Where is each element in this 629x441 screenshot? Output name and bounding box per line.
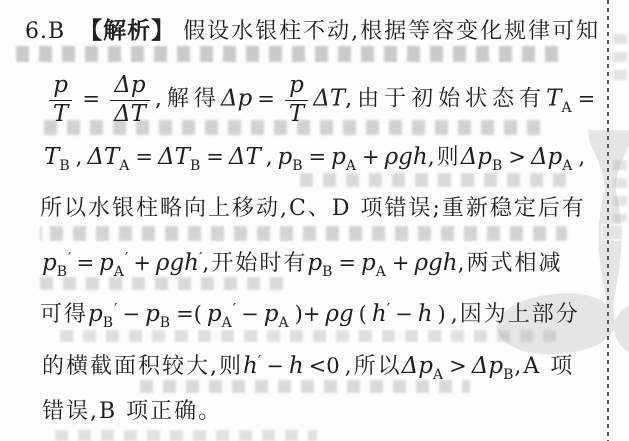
math-op: −: [266, 354, 284, 378]
math-op: ,: [266, 145, 273, 169]
math-variable: Δp: [531, 144, 562, 170]
math-op: )+: [295, 302, 321, 326]
math-subscript: B: [503, 367, 513, 383]
math-op: +: [133, 251, 151, 275]
math-prime: ′: [233, 300, 236, 318]
math-prime: ′: [258, 352, 261, 370]
math-op: =(: [176, 302, 202, 326]
text-run: ,开始时有: [202, 251, 307, 276]
math-subscript: A: [562, 100, 572, 116]
math-subscript: B: [322, 264, 332, 280]
math-variable: p: [88, 301, 103, 327]
math-op: =: [578, 87, 596, 111]
math-subscript: B: [190, 158, 200, 174]
math-op: =: [82, 87, 100, 111]
math-subscript: A: [376, 264, 386, 280]
math-variable: ρgh: [385, 144, 428, 170]
math-subscript: B: [160, 315, 170, 331]
text-run: 假设水银柱不动,根据等容变化规律可知: [183, 19, 600, 44]
solution-line: pT=ΔpΔT,解得Δp=pTΔT,由于初始状态有TA=: [44, 72, 600, 128]
math-variable: ΔT: [313, 86, 345, 112]
math-variable: T: [546, 86, 561, 112]
solution-line: 6.B【解析】假设水银柱不动,根据等容变化规律可知: [25, 16, 600, 48]
math-prime: ′: [68, 249, 71, 267]
math-variable: h: [243, 353, 258, 379]
text-run: ,A 项: [514, 354, 574, 379]
math-variable: T: [53, 101, 68, 127]
math-op: <0: [309, 354, 340, 378]
math-variable: ρgh: [156, 250, 199, 276]
math-subscript: B: [57, 264, 67, 280]
math-variable: p: [361, 250, 376, 276]
math-subscript: B: [292, 158, 302, 174]
math-op: +: [362, 145, 380, 169]
math-variable: p: [53, 72, 68, 98]
math-subscript: A: [562, 158, 572, 174]
math-subscript: A: [433, 367, 443, 383]
text-run: ,两式相减: [458, 251, 563, 276]
analysis-tag: 【解析】: [79, 17, 175, 44]
math-variable: Δp: [114, 72, 145, 98]
math-variable: p: [264, 301, 279, 327]
math-op: −: [241, 302, 259, 326]
math-prime: ′: [387, 300, 390, 318]
math-op: ,: [578, 145, 585, 169]
math-prime: ′: [125, 249, 128, 267]
math-subscript: A: [114, 264, 124, 280]
solution-line: TB,ΔTA=ΔTB=ΔT,pB=pA+ρgh,则ΔpB>ΔpA,: [44, 142, 590, 181]
solution-line: pB′=pA′+ρgh′,开始时有pB=pA+ρgh,两式相减: [42, 243, 563, 287]
math-variable: ρgh: [415, 250, 458, 276]
math-op: (: [359, 302, 367, 326]
fraction-numerator: Δp: [110, 72, 150, 100]
math-op: =: [257, 87, 275, 111]
math-variable: p: [289, 72, 304, 98]
math-subscript: A: [279, 315, 289, 331]
math-variable: h: [418, 301, 433, 327]
math-prime: ′: [114, 300, 117, 318]
math-variable: ρg: [325, 301, 353, 327]
math-subscript: B: [59, 158, 69, 174]
math-op: >: [449, 354, 467, 378]
math-op: +: [392, 251, 410, 275]
math-fraction: pT: [49, 72, 72, 128]
scanned-answer-page: 6.B【解析】假设水银柱不动,根据等容变化规律可知pT=ΔpΔT,解得Δp=pT…: [0, 0, 629, 441]
text-run: 所以水银柱略向上移动,C、D 项错误;重新稳定后有: [40, 196, 586, 221]
math-subscript: A: [346, 158, 356, 174]
text-run: ,则: [428, 145, 461, 170]
math-variable: Δp: [472, 353, 503, 379]
solution-text: 6.B【解析】假设水银柱不动,根据等容变化规律可知pT=ΔpΔT,解得Δp=pT…: [0, 0, 629, 441]
math-fraction: pT: [285, 72, 308, 128]
math-variable: ΔT: [87, 144, 119, 170]
math-variable: T: [44, 144, 59, 170]
math-variable: T: [289, 101, 304, 127]
math-variable: h: [372, 301, 387, 327]
math-variable: h: [289, 353, 304, 379]
math-subscript: B: [103, 315, 113, 331]
math-variable: p: [207, 301, 222, 327]
fraction-denominator: T: [285, 100, 308, 129]
text-run: 的横截面积较大,则: [42, 354, 243, 379]
math-op: −: [122, 302, 140, 326]
math-op: =: [309, 145, 327, 169]
math-op: =: [206, 145, 224, 169]
solution-line: 错误,B 项正确。: [42, 397, 222, 428]
solution-line: 可得pB′−pB=(pA′−pA)+ρg(h′−h),因为上部分: [40, 294, 580, 338]
math-subscript: A: [119, 158, 129, 174]
text-run: ,所以: [345, 354, 402, 379]
text-run: 可得: [40, 302, 88, 327]
question-number: 6.B: [25, 19, 65, 44]
math-fraction: ΔpΔT: [110, 72, 150, 128]
math-op: >: [508, 145, 526, 169]
text-run: ,由于初始状态有: [345, 87, 546, 112]
math-variable: p: [42, 250, 57, 276]
math-variable: p: [99, 250, 114, 276]
text-run: ,因为上部分: [451, 302, 580, 327]
math-subscript: B: [492, 158, 502, 174]
math-op: ,: [76, 145, 83, 169]
math-variable: Δp: [221, 86, 252, 112]
math-variable: ΔT: [158, 144, 190, 170]
fraction-numerator: p: [49, 72, 72, 100]
fraction-numerator: p: [285, 72, 308, 100]
math-variable: p: [278, 144, 293, 170]
math-op: ): [438, 302, 446, 326]
text-run: 错误,B 项正确。: [42, 399, 222, 424]
fraction-denominator: ΔT: [110, 100, 150, 129]
math-variable: Δp: [461, 144, 492, 170]
math-variable: p: [145, 301, 160, 327]
math-variable: p: [307, 250, 322, 276]
math-op: −: [395, 302, 413, 326]
math-op: =: [135, 145, 153, 169]
math-variable: p: [331, 144, 346, 170]
solution-line: 的横截面积较大,则h′−h<0,所以ΔpA>ΔpB,A 项: [42, 346, 574, 390]
math-op: =: [338, 251, 356, 275]
fraction-denominator: T: [49, 100, 72, 129]
text-run: ,解得: [155, 87, 221, 112]
math-variable: ΔT: [114, 101, 146, 127]
math-variable: Δp: [402, 353, 433, 379]
math-variable: ΔT: [229, 144, 261, 170]
math-subscript: A: [222, 315, 232, 331]
math-op: =: [76, 251, 94, 275]
solution-line: 所以水银柱略向上移动,C、D 项错误;重新稳定后有: [40, 194, 586, 225]
